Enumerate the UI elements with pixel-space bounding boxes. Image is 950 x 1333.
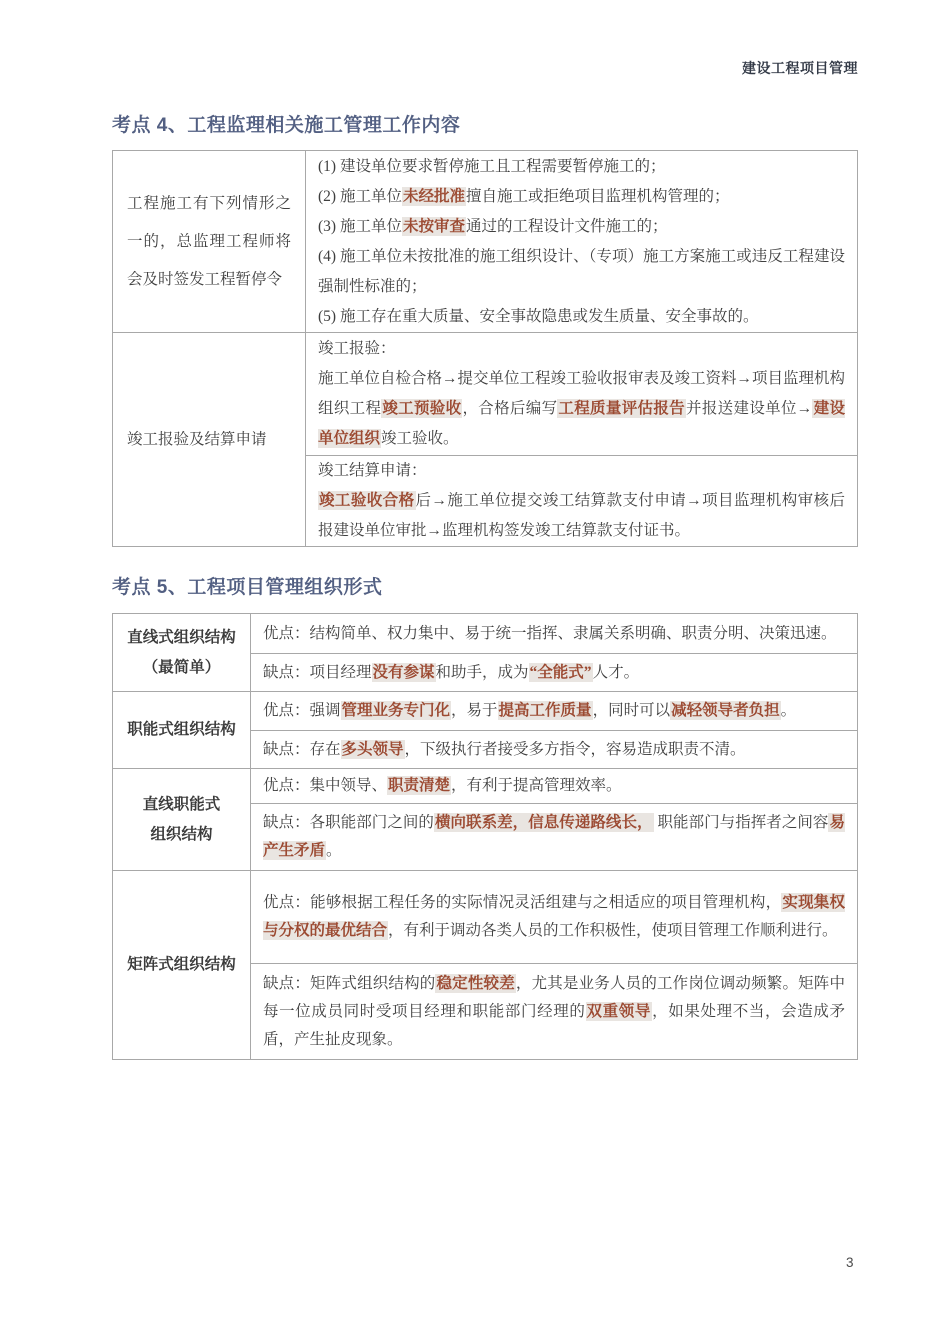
text-run: 优点：结构简单、权力集中、易于统一指挥、隶属关系明确、职责分明、决策迅速。 bbox=[263, 625, 837, 642]
cell-functional-cons: 缺点：存在多头领导，下级执行者接受多方指令，容易造成职责不清。 bbox=[251, 731, 858, 769]
text-run: 。 bbox=[326, 842, 342, 859]
row-label-suspension-order: 工程施工有下列情形之一的，总监理工程师将会及时签发工程暂停令 bbox=[113, 151, 306, 333]
highlighted-text: 工程质量评估报告 bbox=[557, 399, 686, 418]
highlighted-text: 稳定性较差 bbox=[435, 974, 515, 993]
text-run: ，合格后编写 bbox=[462, 400, 557, 417]
table-row: 直线式组织结构 （最简单） 优点：结构简单、权力集中、易于统一指挥、隶属关系明确… bbox=[113, 614, 858, 654]
cell-suspension-conditions: (1) 建设单位要求暂停施工且工程需要暂停施工的； (2) 施工单位未经批准擅自… bbox=[306, 151, 858, 333]
paragraph: 缺点：矩阵式组织结构的稳定性较差，尤其是业务人员的工作岗位调动频繁。矩阵中每一位… bbox=[263, 970, 845, 1054]
section-title-kaodian4: 考点 4、工程监理相关施工管理工作内容 bbox=[112, 110, 460, 137]
list-item: (4) 施工单位未按批准的施工组织设计、（专项）施工方案施工或违反工程建设强制性… bbox=[318, 242, 845, 302]
cell-matrix-pros: 优点：能够根据工程任务的实际情况灵活组建与之相适应的项目管理机构，实现集权与分权… bbox=[251, 871, 858, 964]
document-header-title: 建设工程项目管理 bbox=[742, 58, 858, 78]
text-run: 竣工结算申请： bbox=[318, 462, 427, 479]
text-run: 职能部门与指挥者之间容 bbox=[654, 814, 829, 831]
text-run: 通过的工程设计文件施工的； bbox=[466, 218, 668, 235]
text-run: 并报送建设单位→ bbox=[686, 400, 812, 417]
text-run: ，易于 bbox=[451, 702, 498, 719]
table-row: 直线职能式 组织结构 优点：集中领导、职责清楚，有利于提高管理效率。 bbox=[113, 769, 858, 804]
row-label-completion-application: 竣工报验及结算申请 bbox=[113, 333, 306, 547]
row-label-matrix-structure: 矩阵式组织结构 bbox=[113, 871, 251, 1060]
highlighted-text: 未经批准 bbox=[402, 187, 466, 206]
table-row: 矩阵式组织结构 优点：能够根据工程任务的实际情况灵活组建与之相适应的项目管理机构… bbox=[113, 871, 858, 964]
text-run: ，有利于提高管理效率。 bbox=[451, 777, 622, 794]
highlighted-text: 职责清楚 bbox=[387, 776, 451, 795]
text-run: 。 bbox=[781, 702, 797, 719]
list-item: (1) 建设单位要求暂停施工且工程需要暂停施工的； bbox=[318, 152, 845, 182]
highlighted-text: 横向联系差，信息传递路线长， bbox=[434, 813, 654, 832]
cell-settlement-application: 竣工结算申请： 竣工验收合格后→施工单位提交竣工结算款支付申请→项目监理机构审核… bbox=[306, 456, 858, 547]
cell-linear-cons: 缺点：项目经理没有参谋和助手，成为“全能式”人才。 bbox=[251, 654, 858, 692]
text-run: (2) 施工单位 bbox=[318, 188, 402, 205]
text-run: (5) 施工存在重大质量、安全事故隐患或发生质量、安全事故的。 bbox=[318, 308, 758, 325]
label-line: 职能式组织结构 bbox=[119, 715, 244, 745]
highlighted-text: 减轻领导者负担 bbox=[670, 701, 781, 720]
text-run: 和助手，成为 bbox=[436, 664, 529, 681]
document-page: 建设工程项目管理 考点 4、工程监理相关施工管理工作内容 工程施工有下列情形之一… bbox=[0, 0, 950, 1333]
highlighted-text: 未按审查 bbox=[402, 217, 466, 236]
row-label-linear-structure: 直线式组织结构 （最简单） bbox=[113, 614, 251, 692]
text-run: 缺点：矩阵式组织结构的 bbox=[263, 975, 435, 992]
paragraph: 优点：能够根据工程任务的实际情况灵活组建与之相适应的项目管理机构，实现集权与分权… bbox=[263, 889, 845, 945]
list-item: (5) 施工存在重大质量、安全事故隐患或发生质量、安全事故的。 bbox=[318, 302, 845, 332]
label-line: （最简单） bbox=[119, 653, 244, 683]
text-run: 擅自施工或拒绝项目监理机构管理的； bbox=[466, 188, 730, 205]
list-item: (2) 施工单位未经批准擅自施工或拒绝项目监理机构管理的； bbox=[318, 182, 845, 212]
paragraph: 缺点：存在多头领导，下级执行者接受多方指令，容易造成职责不清。 bbox=[263, 736, 845, 764]
cell-linear-functional-pros: 优点：集中领导、职责清楚，有利于提高管理效率。 bbox=[251, 769, 858, 804]
highlighted-text: 多头领导 bbox=[341, 740, 405, 759]
table-kaodian4: 工程施工有下列情形之一的，总监理工程师将会及时签发工程暂停令 (1) 建设单位要… bbox=[112, 150, 858, 547]
table-row: 职能式组织结构 优点：强调管理业务专门化，易于提高工作质量，同时可以减轻领导者负… bbox=[113, 692, 858, 731]
paragraph: 缺点：各职能部门之间的横向联系差，信息传递路线长， 职能部门与指挥者之间容易产生… bbox=[263, 809, 845, 865]
paragraph: 缺点：项目经理没有参谋和助手，成为“全能式”人才。 bbox=[263, 659, 845, 687]
label-line: 直线职能式 bbox=[119, 790, 244, 820]
row-label-functional-structure: 职能式组织结构 bbox=[113, 692, 251, 769]
label-line: 矩阵式组织结构 bbox=[119, 950, 244, 980]
highlighted-text: 提高工作质量 bbox=[498, 701, 593, 720]
list-item: (3) 施工单位未按审查通过的工程设计文件施工的； bbox=[318, 212, 845, 242]
paragraph: 优点：集中领导、职责清楚，有利于提高管理效率。 bbox=[263, 772, 845, 800]
text-run: 优点：强调 bbox=[263, 702, 341, 719]
label-line: 组织结构 bbox=[119, 820, 244, 850]
paragraph: 竣工结算申请： bbox=[318, 456, 845, 486]
text-run: 缺点：存在 bbox=[263, 741, 341, 758]
paragraph: 竣工报验： bbox=[318, 334, 845, 364]
text-run: 缺点：各职能部门之间的 bbox=[263, 814, 434, 831]
text-run: (3) 施工单位 bbox=[318, 218, 402, 235]
table-row: 竣工报验及结算申请 竣工报验： 施工单位自检合格→提交单位工程竣工验收报审表及竣… bbox=[113, 333, 858, 456]
text-run: 竣工报验： bbox=[318, 340, 396, 357]
cell-matrix-cons: 缺点：矩阵式组织结构的稳定性较差，尤其是业务人员的工作岗位调动频繁。矩阵中每一位… bbox=[251, 964, 858, 1060]
cell-linear-functional-cons: 缺点：各职能部门之间的横向联系差，信息传递路线长， 职能部门与指挥者之间容易产生… bbox=[251, 804, 858, 871]
highlighted-text: 管理业务专门化 bbox=[341, 701, 452, 720]
highlighted-text: “全能式” bbox=[529, 663, 593, 682]
cell-functional-pros: 优点：强调管理业务专门化，易于提高工作质量，同时可以减轻领导者负担。 bbox=[251, 692, 858, 731]
table-kaodian5: 直线式组织结构 （最简单） 优点：结构简单、权力集中、易于统一指挥、隶属关系明确… bbox=[112, 613, 858, 1060]
page-number: 3 bbox=[846, 1255, 854, 1270]
cell-linear-pros: 优点：结构简单、权力集中、易于统一指挥、隶属关系明确、职责分明、决策迅速。 bbox=[251, 614, 858, 654]
text-run: 人才。 bbox=[593, 664, 640, 681]
table-row: 工程施工有下列情形之一的，总监理工程师将会及时签发工程暂停令 (1) 建设单位要… bbox=[113, 151, 858, 333]
label-line: 直线式组织结构 bbox=[119, 623, 244, 653]
highlighted-text: 竣工预验收 bbox=[381, 399, 462, 418]
paragraph: 优点：结构简单、权力集中、易于统一指挥、隶属关系明确、职责分明、决策迅速。 bbox=[263, 620, 845, 648]
paragraph: 竣工验收合格后→施工单位提交竣工结算款支付申请→项目监理机构审核后报建设单位审批… bbox=[318, 486, 845, 546]
highlighted-text: 双重领导 bbox=[586, 1002, 653, 1021]
row-label-linear-functional-structure: 直线职能式 组织结构 bbox=[113, 769, 251, 871]
cell-completion-inspection: 竣工报验： 施工单位自检合格→提交单位工程竣工验收报审表及竣工资料→项目监理机构… bbox=[306, 333, 858, 456]
paragraph: 优点：强调管理业务专门化，易于提高工作质量，同时可以减轻领导者负担。 bbox=[263, 697, 845, 725]
text-run: 优点：集中领导、 bbox=[263, 777, 387, 794]
text-run: (4) 施工单位未按批准的施工组织设计、（专项）施工方案施工或违反工程建设强制性… bbox=[318, 248, 845, 295]
text-run: (1) 建设单位要求暂停施工且工程需要暂停施工的； bbox=[318, 158, 665, 175]
text-run: ，有利于调动各类人员的工作积极性，使项目管理工作顺利进行。 bbox=[388, 922, 838, 939]
text-run: 优点：能够根据工程任务的实际情况灵活组建与之相适应的项目管理机构， bbox=[263, 894, 781, 911]
highlighted-text: 竣工验收合格 bbox=[318, 491, 416, 510]
text-run: 缺点：项目经理 bbox=[263, 664, 372, 681]
section-title-kaodian5: 考点 5、工程项目管理组织形式 bbox=[112, 572, 382, 599]
text-run: ，下级执行者接受多方指令，容易造成职责不清。 bbox=[405, 741, 746, 758]
highlighted-text: 没有参谋 bbox=[372, 663, 436, 682]
text-run: ，同时可以 bbox=[593, 702, 671, 719]
paragraph: 施工单位自检合格→提交单位工程竣工验收报审表及竣工资料→项目监理机构组织工程竣工… bbox=[318, 364, 845, 454]
text-run: 竣工验收。 bbox=[381, 430, 459, 447]
